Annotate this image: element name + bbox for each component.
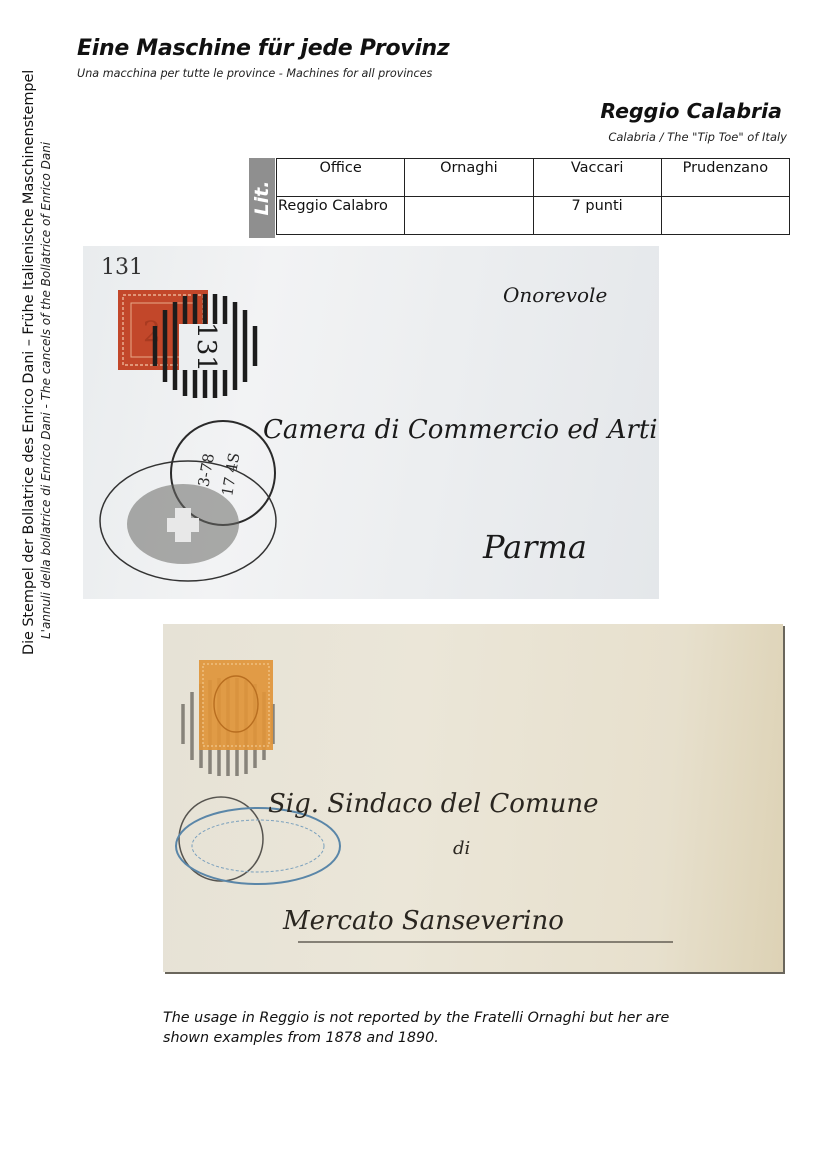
literature-label-text: Lit. (251, 181, 273, 216)
oval-seal (100, 461, 276, 581)
sidebar-title-line2: L'annuli della bollatrice di Enrico Dani… (38, 35, 54, 639)
svg-text:Sig. Sindaco del Comune: Sig. Sindaco del Comune (268, 789, 598, 819)
literature-label: Lit. (249, 158, 275, 238)
svg-text:131: 131 (191, 322, 221, 372)
page-title: Eine Maschine für jede Provinz (77, 36, 449, 61)
header-ornaghi: Ornaghi (405, 159, 533, 197)
svg-text:3-78: 3-78 (194, 452, 218, 488)
literature-table: Office Ornaghi Vaccari Prudenzano Reggio… (276, 158, 790, 235)
handwritten-address: Onorevole Camera di Commercio ed Arti Pa… (263, 283, 658, 566)
cell-ornaghi (405, 197, 533, 235)
cell-prudenzano (661, 197, 789, 235)
cover-image-1878: 131 2 131 3-78 17 4S (83, 246, 659, 599)
svg-text:17 4S: 17 4S (218, 451, 243, 497)
svg-text:Parma: Parma (482, 528, 587, 566)
table-header-row: Office Ornaghi Vaccari Prudenzano (277, 159, 790, 197)
header-vaccari: Vaccari (533, 159, 661, 197)
header-office: Office (277, 159, 405, 197)
handwritten-address: Sig. Sindaco del Comune di Mercato Sanse… (268, 789, 598, 936)
cover-image-1890: Sig. Sindaco del Comune di Mercato Sanse… (163, 624, 783, 972)
stamp-orange (199, 660, 273, 750)
sidebar-title-line1: Die Stempel der Bollatrice des Enrico Da… (20, 35, 38, 655)
location-title: Reggio Calabria (600, 99, 782, 123)
cover-2-illustration: Sig. Sindaco del Comune di Mercato Sanse… (163, 624, 783, 972)
location-subtitle: Calabria / The "Tip Toe" of Italy (608, 130, 787, 144)
svg-text:Onorevole: Onorevole (503, 283, 607, 307)
cover-1-illustration: 131 2 131 3-78 17 4S (83, 246, 659, 599)
svg-text:Mercato Sanseverino: Mercato Sanseverino (282, 906, 564, 936)
header-prudenzano: Prudenzano (661, 159, 789, 197)
table-row: Reggio Calabro 7 punti (277, 197, 790, 235)
svg-text:Camera di Commercio ed Arti: Camera di Commercio ed Arti (263, 415, 658, 445)
svg-text:2: 2 (143, 315, 161, 348)
sidebar-title: Die Stempel der Bollatrice des Enrico Da… (20, 35, 54, 655)
svg-text:di: di (453, 838, 470, 859)
pencil-note: 131 (101, 255, 143, 280)
caption-text: The usage in Reggio is not reported by t… (163, 1008, 683, 1048)
page-subtitle: Una macchina per tutte le province - Mac… (77, 67, 432, 80)
cell-office: Reggio Calabro (277, 197, 405, 235)
cell-vaccari: 7 punti (533, 197, 661, 235)
